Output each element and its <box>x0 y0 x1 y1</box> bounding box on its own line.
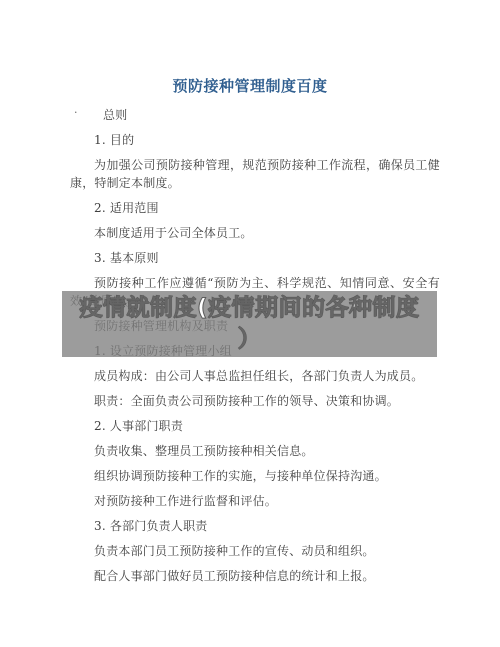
doc-heading: 3. 基本原则 <box>70 249 440 267</box>
doc-paragraph: 对预防接种工作进行监督和评估。 <box>70 492 440 510</box>
intro-bullet-mark: · <box>74 104 78 122</box>
doc-heading: 2. 人事部门职责 <box>70 417 440 435</box>
doc-paragraph: 负责收集、整理员工预防接种相关信息。 <box>70 442 440 460</box>
doc-paragraph: 负责本部门员工预防接种工作的宣传、动员和组织。 <box>70 542 440 560</box>
doc-paragraph: 组织协调预防接种工作的实施，与接种单位保持沟通。 <box>70 467 440 485</box>
watermark-text-line2: ） <box>62 324 437 355</box>
doc-intro: ·总则 <box>70 106 440 124</box>
doc-paragraph: 配合人事部门做好员工预防接种信息的统计和上报。 <box>70 567 440 585</box>
document-page: 预防接种管理制度百度 ·总则1. 目的为加强公司预防接种管理，规范预防接种工作流… <box>0 0 500 647</box>
doc-paragraph: 为加强公司预防接种管理，规范预防接种工作流程，确保员工健康，特制定本制度。 <box>70 156 440 192</box>
doc-paragraph: 职责：全面负责公司预防接种工作的领导、决策和协调。 <box>70 392 440 410</box>
doc-heading: 3. 各部门负责人职责 <box>70 517 440 535</box>
doc-paragraph: 本制度适用于公司全体员工。 <box>70 224 440 242</box>
doc-heading: 1. 目的 <box>70 131 440 149</box>
watermark-text-line1: 疫情就制度(疫情期间的各种制度 <box>62 293 437 324</box>
doc-heading: 2. 适用范围 <box>70 199 440 217</box>
doc-paragraph: 成员构成：由公司人事总监担任组长，各部门负责人为成员。 <box>70 367 440 385</box>
watermark-banner: 疫情就制度(疫情期间的各种制度 ） <box>62 291 437 357</box>
document-title: 预防接种管理制度百度 <box>0 0 500 97</box>
